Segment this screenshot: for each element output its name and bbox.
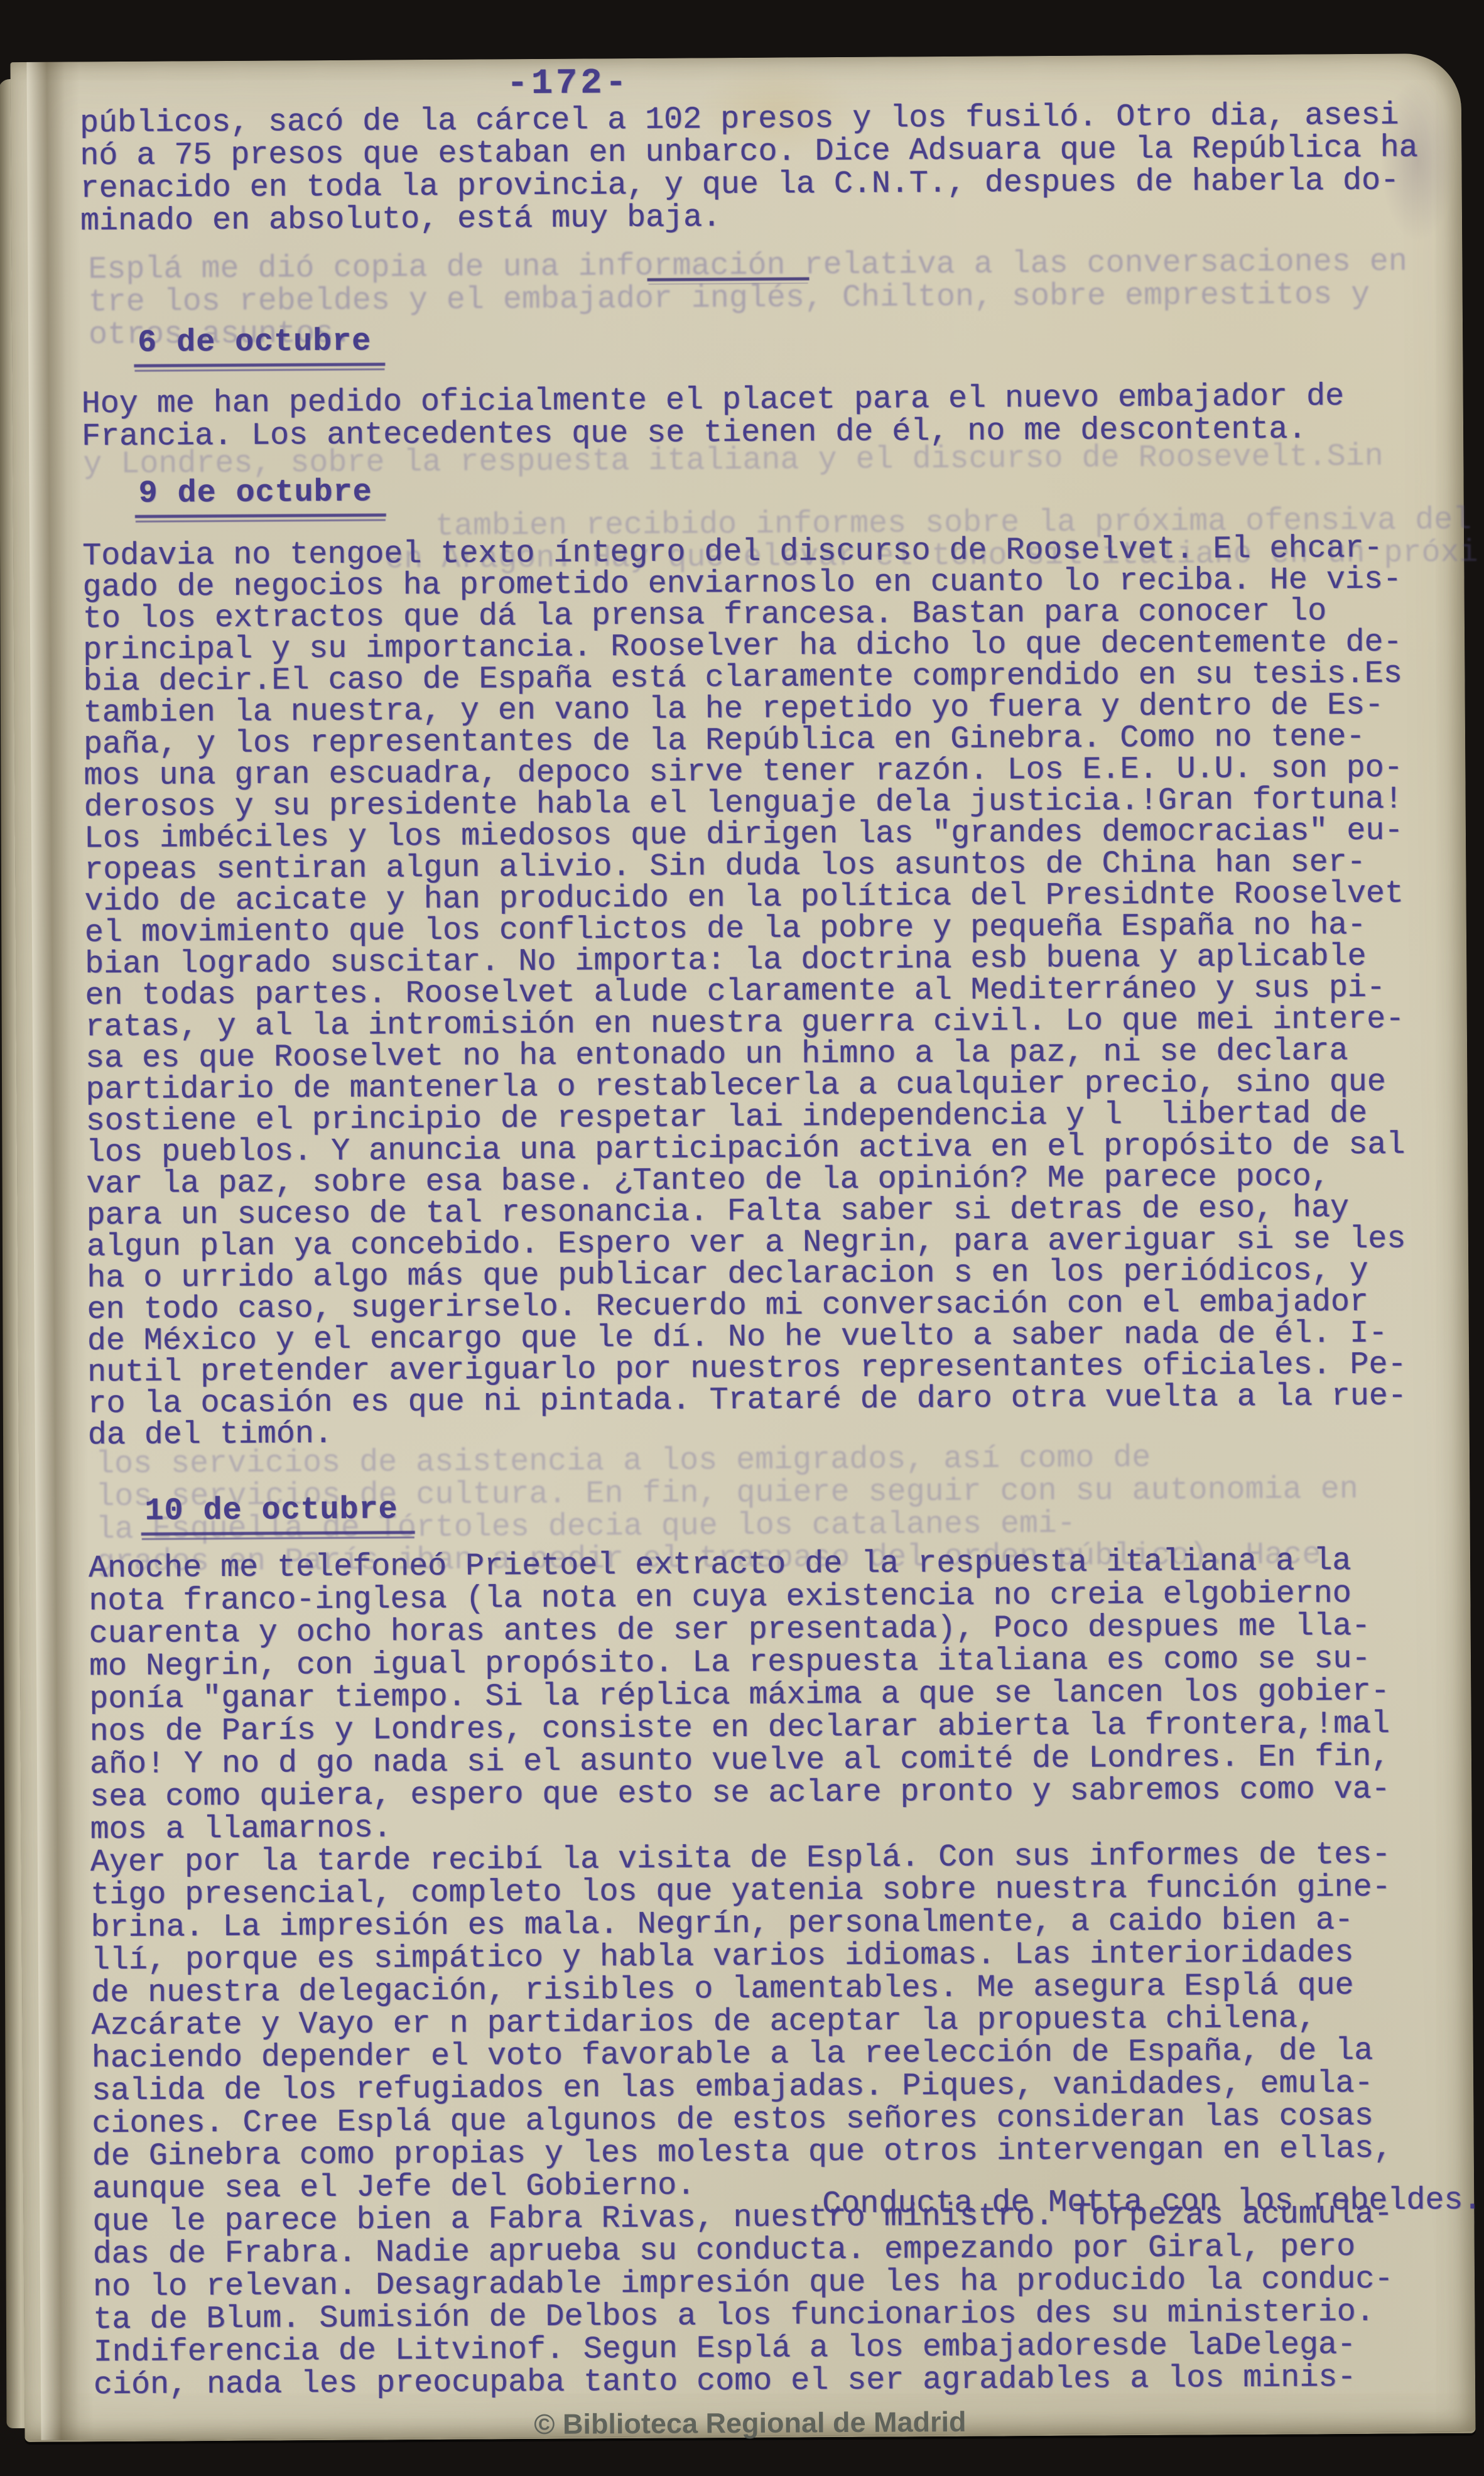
page-number: -172-	[506, 63, 629, 104]
intro-paragraph: públicos, sacó de la cárcel a 102 presos…	[80, 99, 1419, 238]
entry-heading-6-october: 6 de octubre	[138, 324, 371, 361]
entry-paragraph-10-october: Anoche me telefoneó Prietoel extracto de…	[89, 1545, 1394, 2403]
library-watermark: © Biblioteca Regional de Madrid	[24, 2403, 1475, 2444]
text-line: sea como quiera, espero que esto se acla…	[90, 1774, 1390, 1815]
text-line: renacido en toda la provincia, y que la …	[80, 165, 1419, 205]
heading-underline	[134, 362, 385, 367]
inserted-note: Conducta de Motta con los rebeldes.	[822, 2183, 1482, 2222]
text-line: de Ginebra como propias y les molesta qu…	[92, 2133, 1393, 2174]
text-line: minado en absoluto, está muy baja.	[80, 197, 1419, 238]
text-line: ción, nada les preocupaba tanto como el …	[94, 2362, 1394, 2403]
heading-underline	[135, 513, 386, 518]
bleedthrough-line: tre los rebeldes y el embajador inglés, …	[89, 279, 1408, 320]
scanned-page: -172- públicos, sacó de la cárcel a 102 …	[10, 53, 1475, 2442]
entry-heading-9-october: 9 de octubre	[138, 475, 372, 512]
text-line: ro la ocasión es que ni pintada. Trataré…	[87, 1381, 1407, 1421]
scanned-document-view: { "page": { "number": "-172-", "watermar…	[0, 0, 1484, 2476]
entry-heading-10-october: 10 de octubre	[144, 1492, 398, 1529]
entry-paragraph-9-october: Todavia no tengoel texto íntegro del dis…	[82, 533, 1407, 1452]
